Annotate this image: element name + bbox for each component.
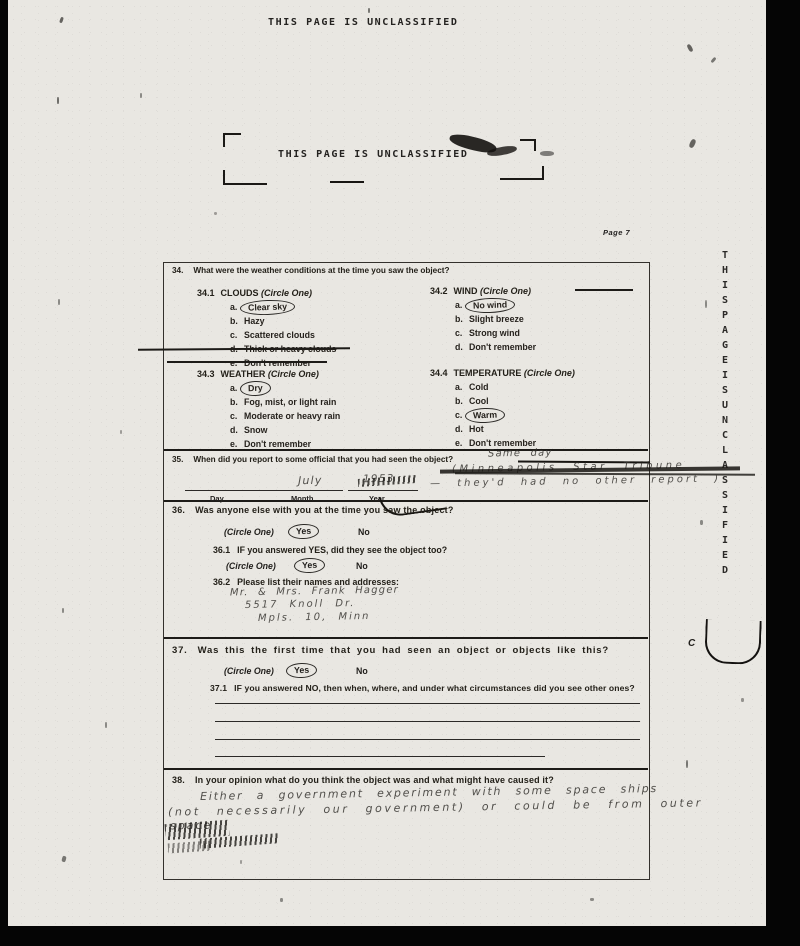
option-slight-breeze: b.Slight breeze [455, 314, 524, 324]
speck [140, 93, 142, 98]
option-weather-dont-remember: e.Don't remember [230, 439, 311, 449]
scan-edge-bottom [0, 926, 800, 946]
day-blank-line [185, 490, 270, 491]
side-stamp-text: THIS PAGE IS UNCLASSIFIED [722, 248, 733, 578]
speck [57, 97, 59, 104]
answer-no: No [356, 561, 368, 571]
question-37-1: 37.1 IF you answered NO, then when, wher… [210, 683, 635, 693]
question-37-number: 37. [172, 645, 188, 656]
speck [705, 300, 707, 308]
question-35-number: 35. [172, 455, 183, 464]
stamp-corner-tr [520, 139, 536, 151]
handwriting-month: July [298, 474, 323, 487]
subsection-weather: 34.3WEATHER (Circle One) [197, 369, 319, 379]
day-label: Day [210, 494, 224, 503]
question-34-text: What were the weather conditions at the … [193, 266, 449, 275]
speck [280, 898, 283, 902]
stray-arrow-line [167, 361, 327, 363]
option-snow: d.Snow [230, 425, 267, 435]
speck [590, 898, 594, 901]
answer-blank-line [215, 721, 640, 722]
speck [240, 860, 242, 864]
option-strong-wind: c.Strong wind [455, 328, 520, 338]
handwriting-witness-city: Mpls. 10, Minn [258, 611, 371, 624]
answer-no: No [356, 666, 368, 676]
option-cold: a.Cold [455, 382, 489, 392]
scan-edge-right [766, 0, 800, 946]
question-37: 37. Was this the first time that you had… [172, 645, 609, 656]
question-38-text: In your opinion what do you think the ob… [195, 775, 554, 785]
scanned-document-page: { "stamps": { "top": "THIS PAGE IS UNCLA… [0, 0, 800, 946]
speck [105, 722, 107, 728]
boxed-stamp-text: THIS PAGE IS UNCLASSIFIED [278, 149, 469, 160]
option-fog-mist: b.Fog, mist, or light rain [230, 397, 336, 407]
month-label: Month [291, 494, 314, 503]
speck [214, 212, 217, 215]
question-38-number: 38. [172, 775, 185, 785]
stray-pen-mark: C [688, 638, 695, 649]
stamp-bottom-dash [330, 181, 364, 183]
circle-one-label: (Circle One) [224, 666, 274, 676]
divider-q35 [164, 449, 648, 451]
year-blank-line [348, 490, 418, 491]
side-stamp-bracket [704, 619, 762, 665]
stamp-corner-bl [223, 170, 267, 185]
ink-smudge [540, 151, 554, 156]
question-38: 38. In your opinion what do you think th… [172, 775, 554, 785]
answer-blank-line [215, 703, 640, 704]
option-scattered-clouds: c.Scattered clouds [230, 330, 315, 340]
circle-one-label: (Circle One) [226, 561, 276, 571]
answer-yes: Yes [298, 560, 325, 570]
question-35: 35. When did you report to some official… [172, 455, 453, 464]
divider-q38 [164, 768, 648, 770]
stray-line [575, 289, 633, 291]
top-stamp-text: THIS PAGE IS UNCLASSIFIED [268, 17, 459, 28]
stamp-corner-tl [223, 133, 241, 147]
handwriting-witness-street: 5517 Knoll Dr. [245, 598, 356, 611]
option-dry: a.Dry [230, 383, 271, 393]
month-blank-line [268, 490, 343, 491]
speck [686, 760, 688, 768]
question-36-text: Was anyone else with you at the time you… [195, 505, 453, 515]
question-34: 34. What were the weather conditions at … [172, 266, 450, 275]
handwriting-same-day: Same day [488, 447, 553, 459]
question-34-number: 34. [172, 266, 183, 275]
speck [741, 698, 744, 702]
answer-no: No [358, 527, 370, 537]
option-moderate-rain: c.Moderate or heavy rain [230, 411, 340, 421]
option-clouds-dont-remember: e.Don't remember [230, 358, 311, 368]
speck [368, 8, 370, 13]
page-number: Page 7 [603, 228, 630, 237]
option-warm: c.Warm [455, 410, 505, 420]
answer-yes: Yes [292, 526, 319, 536]
subsection-wind: 34.2WIND (Circle One) [430, 286, 531, 296]
answer-blank-line [215, 756, 545, 757]
speck [120, 430, 122, 434]
answer-blank-line [215, 739, 640, 740]
option-cool: b.Cool [455, 396, 489, 406]
option-no-wind: a.No wind [455, 300, 515, 310]
speck [62, 608, 64, 613]
stamp-corner-br [500, 166, 544, 180]
speck [700, 520, 703, 525]
question-36: 36. Was anyone else with you at the time… [172, 505, 454, 515]
question-36-number: 36. [172, 505, 185, 515]
question-37-text: Was this the first time that you had see… [198, 645, 609, 656]
divider-q37 [164, 637, 648, 639]
question-35-text: When did you report to some official tha… [193, 455, 453, 464]
question-36-1: 36.1 IF you answered YES, did they see t… [213, 545, 447, 555]
scan-edge-left [0, 0, 8, 946]
answer-yes: Yes [290, 665, 317, 675]
option-clear-sky: a.Clear sky [230, 302, 295, 312]
option-hazy: b.Hazy [230, 316, 265, 326]
subsection-clouds: 34.1CLOUDS (Circle One) [197, 288, 312, 298]
option-temp-dont-remember: e.Don't remember [455, 438, 536, 448]
option-hot: d.Hot [455, 424, 484, 434]
circle-one-label: (Circle One) [224, 527, 274, 537]
subsection-temperature: 34.4TEMPERATURE (Circle One) [430, 368, 575, 378]
speck [58, 299, 60, 305]
option-wind-dont-remember: d.Don't remember [455, 342, 536, 352]
